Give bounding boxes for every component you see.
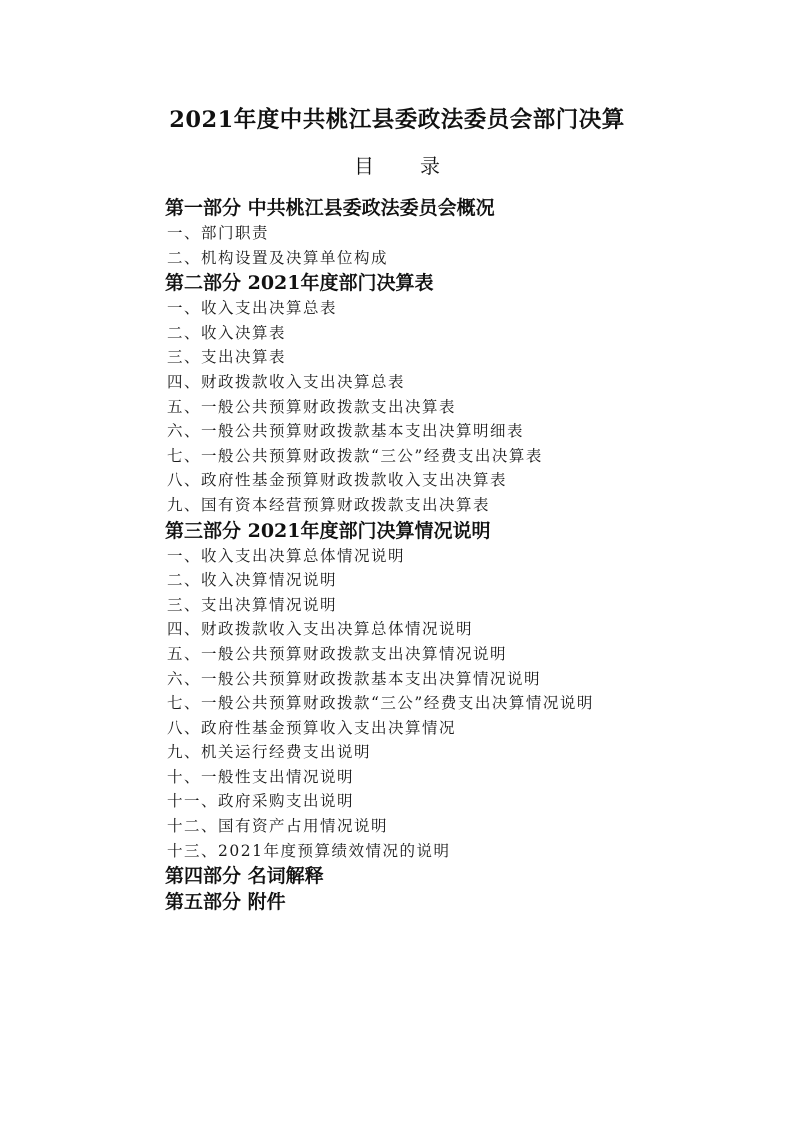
toc-item[interactable]: 六、一般公共预算财政拨款基本支出决算明细表 xyxy=(165,419,685,444)
toc-item[interactable]: 十三、2021年度预算绩效情况的说明 xyxy=(165,839,685,864)
toc-part-1[interactable]: 第一部分 中共桃江县委政法委员会概况 xyxy=(165,195,685,221)
toc-item[interactable]: 九、国有资本经营预算财政拨款支出决算表 xyxy=(165,493,685,518)
toc-item[interactable]: 九、机关运行经费支出说明 xyxy=(165,740,685,765)
toc-item[interactable]: 五、一般公共预算财政拨款支出决算情况说明 xyxy=(165,642,685,667)
toc-item[interactable]: 一、收入支出决算总表 xyxy=(165,296,685,321)
toc-item[interactable]: 三、支出决算情况说明 xyxy=(165,593,685,618)
toc-item[interactable]: 六、一般公共预算财政拨款基本支出决算情况说明 xyxy=(165,667,685,692)
toc-item[interactable]: 八、政府性基金预算收入支出决算情况 xyxy=(165,716,685,741)
toc-part-2[interactable]: 第二部分 2021年度部门决算表 xyxy=(165,270,685,296)
toc-item[interactable]: 十一、政府采购支出说明 xyxy=(165,789,685,814)
toc-part-4[interactable]: 第四部分 名词解释 xyxy=(165,863,685,889)
toc-item[interactable]: 三、支出决算表 xyxy=(165,345,685,370)
toc-item[interactable]: 五、一般公共预算财政拨款支出决算表 xyxy=(165,395,685,420)
toc-item[interactable]: 七、一般公共预算财政拨款“三公”经费支出决算情况说明 xyxy=(165,691,685,716)
toc-item[interactable]: 二、收入决算表 xyxy=(165,321,685,346)
toc-item[interactable]: 十二、国有资产占用情况说明 xyxy=(165,814,685,839)
table-of-contents: 第一部分 中共桃江县委政法委员会概况 一、部门职责 二、机构设置及决算单位构成 … xyxy=(165,195,685,915)
toc-heading-char-2: 录 xyxy=(420,150,440,179)
toc-item[interactable]: 七、一般公共预算财政拨款“三公”经费支出决算表 xyxy=(165,444,685,469)
toc-item[interactable]: 一、收入支出决算总体情况说明 xyxy=(165,544,685,569)
toc-part-5[interactable]: 第五部分 附件 xyxy=(165,889,685,915)
toc-item[interactable]: 十、一般性支出情况说明 xyxy=(165,765,685,790)
toc-item[interactable]: 一、部门职责 xyxy=(165,221,685,246)
toc-item[interactable]: 二、机构设置及决算单位构成 xyxy=(165,246,685,271)
toc-heading: 目录 xyxy=(0,150,794,179)
document-title: 2021年度中共桃江县委政法委员会部门决算 xyxy=(0,102,794,134)
toc-item[interactable]: 四、财政拨款收入支出决算总体情况说明 xyxy=(165,617,685,642)
toc-part-3[interactable]: 第三部分 2021年度部门决算情况说明 xyxy=(165,518,685,544)
toc-item[interactable]: 四、财政拨款收入支出决算总表 xyxy=(165,370,685,395)
toc-item[interactable]: 二、收入决算情况说明 xyxy=(165,568,685,593)
toc-heading-char-1: 目 xyxy=(354,150,374,179)
toc-item[interactable]: 八、政府性基金预算财政拨款收入支出决算表 xyxy=(165,468,685,493)
